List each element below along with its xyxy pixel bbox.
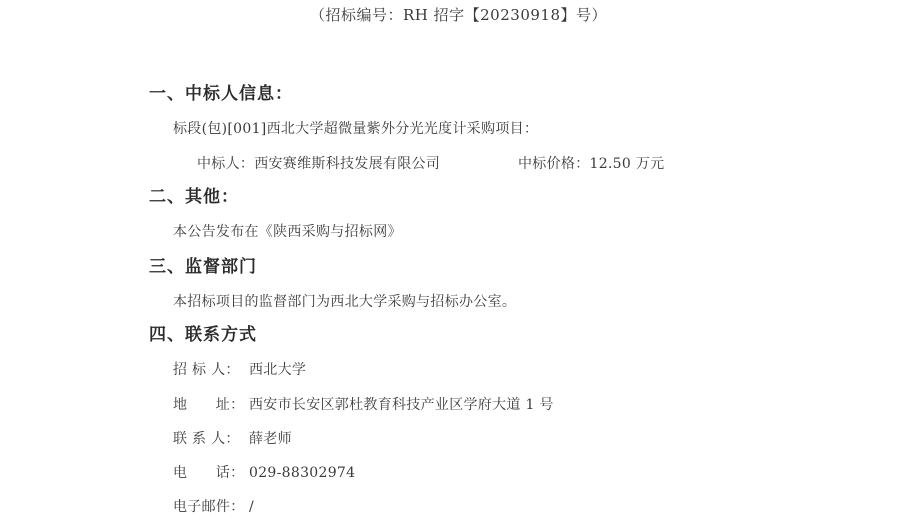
winner-row: 中标人：西安赛维斯科技发展有限公司 xyxy=(197,157,440,171)
contact-row-address: 地 址：西安市长安区郭杜教育科技产业区学府大道 1 号 xyxy=(173,398,554,412)
contact-row-email: 电子邮件：/ xyxy=(173,500,254,514)
price-label: 中标价格： xyxy=(518,156,590,172)
contact-label: 电 话： xyxy=(173,466,249,480)
winner-value: 西安赛维斯科技发展有限公司 xyxy=(254,156,440,172)
supervision-note: 本招标项目的监督部门为西北大学采购与招标办公室。 xyxy=(173,295,516,309)
contact-row-person: 联 系 人：薛老师 xyxy=(173,432,292,446)
lot-description: 标段(包)[001]西北大学超微量紫外分光光度计采购项目： xyxy=(173,122,538,136)
publication-note: 本公告发布在《陕西采购与招标网》 xyxy=(173,225,402,239)
section-heading-supervision: 三、监督部门 xyxy=(149,259,257,276)
price-value: 12.50 万元 xyxy=(590,156,665,172)
contact-value: 薛老师 xyxy=(249,431,292,447)
tender-number-subtitle: （招标编号：RH 招字【20230918】号） xyxy=(310,8,607,23)
winner-label: 中标人： xyxy=(197,156,254,172)
contact-label: 地 址： xyxy=(173,398,249,412)
price-row: 中标价格：12.50 万元 xyxy=(518,157,664,171)
section-heading-contact: 四、联系方式 xyxy=(149,327,257,344)
contact-row-tenderer: 招 标 人：西北大学 xyxy=(173,363,306,377)
contact-value: 西安市长安区郭杜教育科技产业区学府大道 1 号 xyxy=(249,397,554,413)
contact-label: 招 标 人： xyxy=(173,363,249,377)
contact-value: 西北大学 xyxy=(249,362,306,378)
contact-value: / xyxy=(249,499,254,515)
contact-label: 联 系 人： xyxy=(173,432,249,446)
contact-label: 电子邮件： xyxy=(173,500,249,514)
section-heading-winner-info: 一、中标人信息： xyxy=(149,86,293,103)
contact-value: 029-88302974 xyxy=(249,465,355,481)
section-heading-other: 二、其他： xyxy=(149,189,239,206)
contact-row-phone: 电 话：029-88302974 xyxy=(173,466,355,480)
